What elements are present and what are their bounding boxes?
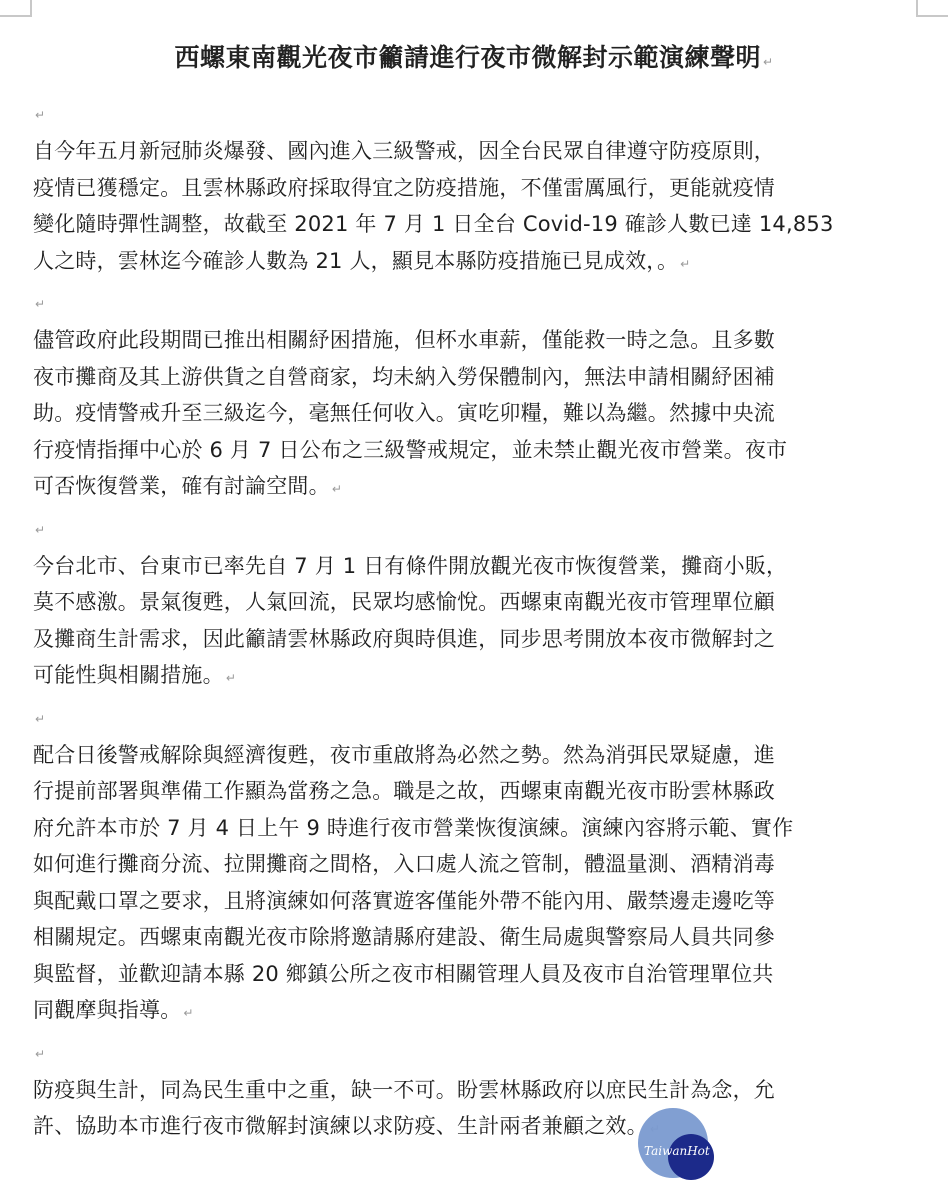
paragraph-2: 儘管政府此段期間已推出相關紓困措施，但杯水車薪，僅能救一時之急。且多數 夜市攤商… <box>33 322 913 508</box>
paragraph-1: 自今年五月新冠肺炎爆發、國內進入三級警戒，因全台民眾自律遵守防疫原則， 疫情已獲… <box>33 133 913 282</box>
text-line: 今台北市、台東市已率先自 7 月 1 日有條件開放觀光夜市恢復營業，攤商小販， <box>33 548 913 585</box>
text-line: 同觀摩與指導。↵ <box>33 992 913 1032</box>
text-line: 與監督，並歡迎請本縣 20 鄉鎮公所之夜市相關管理人員及夜市自治管理單位共 <box>33 956 913 993</box>
text-line: 莫不感激。景氣復甦，人氣回流，民眾均感愉悅。西螺東南觀光夜市管理單位顧 <box>33 584 913 621</box>
line-text: 許、協助本市進行夜市微解封演練以求防疫、生計兩者兼顧之效。 <box>33 1114 648 1138</box>
text-line: 人之時，雲林迄今確診人數為 21 人，顯見本縣防疫措施已見成效，。↵ <box>33 243 913 283</box>
paragraph-5: 防疫與生計，同為民生重中之重，缺一不可。盼雲林縣政府以庶民生計為念，允 許、協助… <box>33 1072 913 1148</box>
document-body: ↵ 自今年五月新冠肺炎爆發、國內進入三級警戒，因全台民眾自律遵守防疫原則， 疫情… <box>33 100 913 1155</box>
watermark-text: TaiwanHot <box>644 1144 710 1158</box>
text-line: 可能性與相關措施。↵ <box>33 657 913 697</box>
paragraph-mark-icon: ↵ <box>35 523 45 537</box>
text-line: 如何進行攤商分流、拉開攤商之間格，入口處人流之管制，體溫量測、酒精消毒 <box>33 846 913 883</box>
paragraph-mark-icon: ↵ <box>35 712 45 726</box>
text-line: 行疫情指揮中心於 6 月 7 日公布之三級警戒規定，並未禁止觀光夜市營業。夜市 <box>33 432 913 469</box>
line-text: 可否恢復營業，確有討論空間。 <box>33 474 330 498</box>
page-corner-mark-top-left <box>0 0 32 17</box>
paragraph-mark-icon: ↵ <box>35 1047 45 1061</box>
paragraph-mark-icon: ↵ <box>226 671 236 685</box>
text-line: 夜市攤商及其上游供貨之自營商家，均未納入勞保體制內，無法申請相關紓困補 <box>33 359 913 396</box>
paragraph-3: 今台北市、台東市已率先自 7 月 1 日有條件開放觀光夜市恢復營業，攤商小販， … <box>33 548 913 697</box>
text-line: 變化隨時彈性調整，故截至 2021 年 7 月 1 日全台 Covid-19 確… <box>33 206 913 243</box>
line-text: 可能性與相關措施。 <box>33 663 224 687</box>
empty-paragraph: ↵ <box>33 704 913 737</box>
text-line: 行提前部署與準備工作顯為當務之急。職是之故，西螺東南觀光夜市盼雲林縣政 <box>33 773 913 810</box>
page-corner-mark-top-right <box>916 0 948 17</box>
empty-paragraph: ↵ <box>33 515 913 548</box>
text-line: 府允許本市於 7 月 4 日上午 9 時進行夜市營業恢復演練。演練內容將示範、實… <box>33 810 913 847</box>
text-line: 疫情已獲穩定。且雲林縣政府採取得宜之防疫措施，不僅雷厲風行，更能就疫情 <box>33 170 913 207</box>
text-line: 助。疫情警戒升至三級迄今，毫無任何收入。寅吃卯糧，難以為繼。然據中央流 <box>33 395 913 432</box>
paragraph-mark-icon: ↵ <box>763 55 774 69</box>
title-text: 西螺東南觀光夜市籲請進行夜市微解封示範演練聲明 <box>174 43 761 72</box>
text-line: 儘管政府此段期間已推出相關紓困措施，但杯水車薪，僅能救一時之急。且多數 <box>33 322 913 359</box>
paragraph-mark-icon: ↵ <box>332 482 342 496</box>
text-line: 可否恢復營業，確有討論空間。↵ <box>33 468 913 508</box>
paragraph-mark-icon: ↵ <box>680 257 690 271</box>
document-title: 西螺東南觀光夜市籲請進行夜市微解封示範演練聲明↵ <box>0 38 948 74</box>
text-line: 防疫與生計，同為民生重中之重，缺一不可。盼雲林縣政府以庶民生計為念，允 <box>33 1072 913 1109</box>
text-line: 與配戴口罩之要求，且將演練如何落實遊客僅能外帶不能內用、嚴禁邊走邊吃等 <box>33 883 913 920</box>
text-line: 自今年五月新冠肺炎爆發、國內進入三級警戒，因全台民眾自律遵守防疫原則， <box>33 133 913 170</box>
line-text: 同觀摩與指導。 <box>33 998 181 1022</box>
taiwanhot-watermark-logo: TaiwanHot <box>638 1108 748 1188</box>
text-line: 相關規定。西螺東南觀光夜市除將邀請縣府建設、衛生局處與警察局人員共同參 <box>33 919 913 956</box>
paragraph-mark-icon: ↵ <box>35 108 45 122</box>
line-text: 人之時，雲林迄今確診人數為 21 人，顯見本縣防疫措施已見成效，。 <box>33 249 678 273</box>
text-line: 及攤商生計需求，因此籲請雲林縣政府與時俱進，同步思考開放本夜市微解封之 <box>33 621 913 658</box>
text-line: 配合日後警戒解除與經濟復甦，夜市重啟將為必然之勢。然為消弭民眾疑慮，進 <box>33 737 913 774</box>
paragraph-4: 配合日後警戒解除與經濟復甦，夜市重啟將為必然之勢。然為消弭民眾疑慮，進 行提前部… <box>33 737 913 1032</box>
empty-paragraph: ↵ <box>33 100 913 133</box>
paragraph-mark-icon: ↵ <box>183 1006 193 1020</box>
empty-paragraph: ↵ <box>33 289 913 322</box>
text-line: 許、協助本市進行夜市微解封演練以求防疫、生計兩者兼顧之效。↵ <box>33 1108 913 1148</box>
empty-paragraph: ↵ <box>33 1039 913 1072</box>
paragraph-mark-icon: ↵ <box>35 297 45 311</box>
